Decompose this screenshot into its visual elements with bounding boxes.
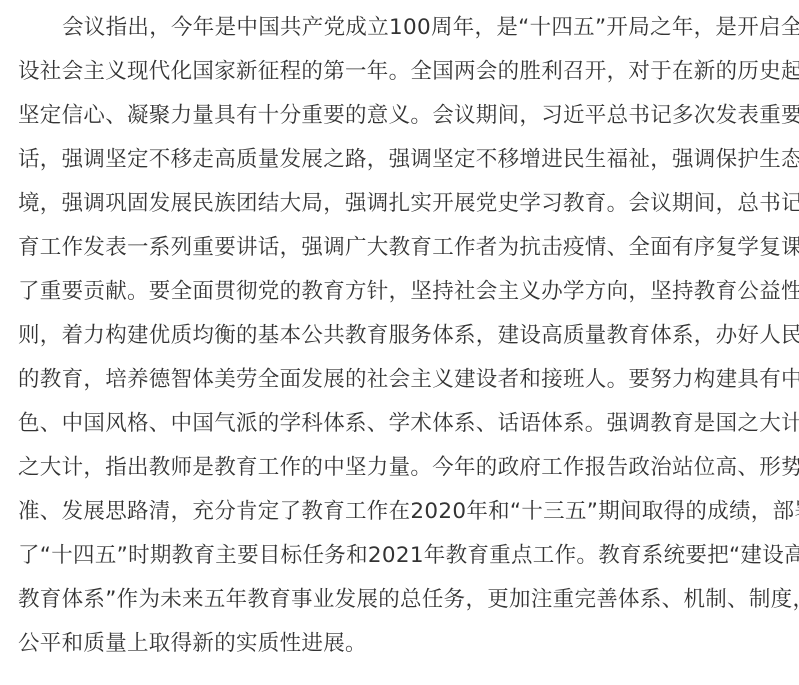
paragraph-line-5: 境，强调巩固发展民族团结大局，强调扎实开展党史学习教育。会议期间，总书记就教 <box>18 182 799 226</box>
paragraph-line-7: 了重要贡献。要全面贯彻党的教育方针，坚持社会主义办学方向，坚持教育公益性原 <box>18 270 799 314</box>
paragraph-line-9: 的教育，培养德智体美劳全面发展的社会主义建设者和接班人。要努力构建具有中国特 <box>18 358 799 402</box>
paragraph-line-4: 话，强调坚定不移走高质量发展之路，强调坚定不移增进民生福祉，强调保护生态环 <box>18 138 799 182</box>
paragraph-line-10: 色、中国风格、中国气派的学科体系、学术体系、话语体系。强调教育是国之大计、党 <box>18 402 799 446</box>
paragraph-line-11: 之大计，指出教师是教育工作的中坚力量。今年的政府工作报告政治站位高、形势研判 <box>18 446 799 490</box>
paragraph-line-15: 公平和质量上取得新的实质性进展。 <box>18 622 367 666</box>
paragraph-line-13: 了“十四五”时期教育主要目标任务和2021年教育重点工作。教育系统要把“建设高质… <box>18 534 799 578</box>
paragraph-line-8: 则，着力构建优质均衡的基本公共教育服务体系，建设高质量教育体系，办好人民满意 <box>18 314 799 358</box>
paragraph-line-6: 育工作发表一系列重要讲话，强调广大教育工作者为抗击疫情、全面有序复学复课作出 <box>18 226 799 270</box>
paragraph-line-1: 会议指出，今年是中国共产党成立100周年，是“十四五”开局之年，是开启全面建 <box>62 6 799 50</box>
paragraph-line-14: 教育体系”作为未来五年教育事业发展的总任务，更加注重完善体系、机制、制度，在 <box>18 578 799 622</box>
paragraph-line-3: 坚定信心、凝聚力量具有十分重要的意义。会议期间，习近平总书记多次发表重要讲 <box>18 94 799 138</box>
paragraph-line-2: 设社会主义现代化国家新征程的第一年。全国两会的胜利召开，对于在新的历史起点上 <box>18 50 799 94</box>
paragraph-line-12: 准、发展思路清，充分肯定了教育工作在2020年和“十三五”期间取得的成绩，部署 <box>18 490 799 534</box>
